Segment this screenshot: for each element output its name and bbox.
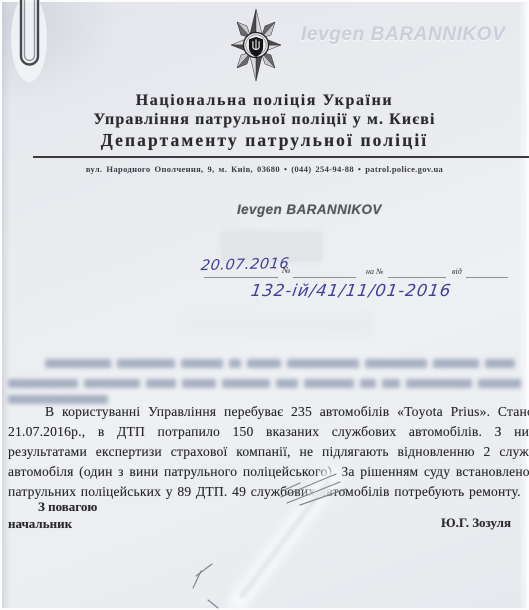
handwritten-date: 20.07.2016 [200,256,290,274]
from-date-label: від [452,267,462,276]
signer-name: Ю.Г. Зозуля [441,515,511,531]
reply-blank-line [388,276,446,278]
letterhead-org-line3: Департаменту патрульної поліції [0,130,529,151]
watermark-middle: Ievgen BARANNIKOV [237,202,382,217]
letterhead-org-line1: Національна поліція України [0,92,529,110]
watermark-top: Ievgen BARANNIKOV [301,24,505,46]
blurred-signature [150,460,410,610]
handwritten-outgoing-number: 132-ій/41/11/01-2016 [250,281,453,300]
blurred-paragraph-line-1 [45,359,515,368]
blurred-paragraph-line-2 [8,379,521,388]
from-blank-line [466,276,508,278]
redaction-block-2 [185,314,371,334]
date-blank-line [204,276,278,278]
scanned-letter-page: Ievgen BARANNIKOV Ievgen BARANNIKOV Наці… [0,0,529,610]
paperclip-icon [2,0,58,96]
police-badge-icon [227,8,285,82]
number-blank-line [293,276,356,278]
letterhead-divider [33,156,529,158]
signer-title: начальник [8,516,72,532]
number-label: № [282,265,291,275]
letterhead-org-line2: Управління патрульної поліції у м. Києві [0,111,529,129]
letterhead-address: вул. Народного Ополчення, 9, м. Київ, 03… [0,164,529,174]
closing-phrase: З повагою [38,499,97,515]
reply-number-label: на № [366,267,384,276]
